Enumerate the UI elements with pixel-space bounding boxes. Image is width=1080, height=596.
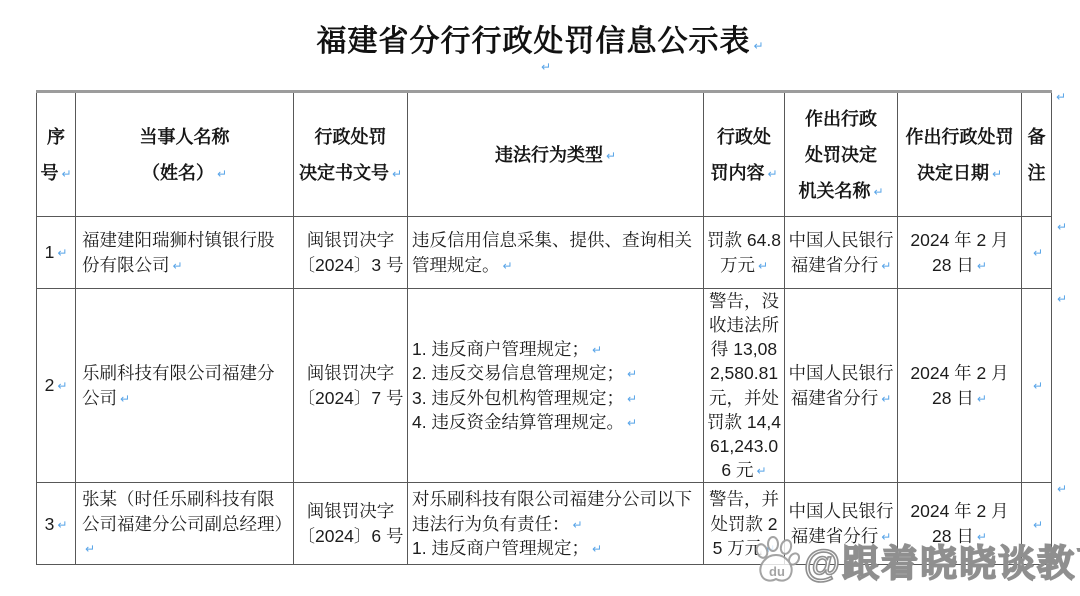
party-name: 张某（时任乐刷科技有限公司福建分公司副总经理）	[82, 489, 292, 533]
paragraph-mark-icon: ↵	[392, 162, 402, 186]
paragraph-mark-icon: ↵	[541, 60, 551, 74]
decision-doc-number: 闽银罚决字〔2024〕7 号	[297, 363, 403, 407]
paragraph-mark-icon: ↵	[977, 529, 987, 546]
cell-party-name: 张某（时任乐刷科技有限公司福建分公司副总经理）↵	[76, 483, 294, 565]
violation-line: 4. 违反资金结算管理规定。↵	[412, 410, 699, 434]
title-row: 福建省分行行政处罚信息公示表↵	[0, 16, 1080, 60]
violation-list: 违反信用信息采集、提供、查询相关管理规定。↵	[412, 228, 699, 276]
violation-line: 1. 违反商户管理规定；↵	[412, 536, 699, 560]
cell-serial-number: 3↵	[37, 483, 76, 565]
paragraph-mark-icon: ↵	[765, 541, 775, 558]
paragraph-mark-icon: ↵	[1056, 90, 1066, 104]
party-name: 乐刷科技有限公司福建分公司	[82, 363, 275, 407]
violation-list: 1. 违反商户管理规定；↵2. 违反交易信息管理规定；↵3. 违反外包机构管理规…	[412, 337, 699, 434]
violation-line: 1. 违反商户管理规定；↵	[412, 337, 699, 361]
cell-party-name: 乐刷科技有限公司福建分公司↵	[76, 289, 294, 483]
paragraph-mark-icon: ↵	[881, 258, 891, 275]
header-violation-type: 违法行为类型↵	[408, 92, 704, 217]
table-row: 1↵ 福建建阳瑞狮村镇银行股份有限公司↵ 闽银罚决字〔2024〕3 号 违反信用…	[37, 217, 1052, 289]
header-label: 行政处 罚内容	[710, 127, 771, 183]
cell-party-name: 福建建阳瑞狮村镇银行股份有限公司↵	[76, 217, 294, 289]
serial-number: 2	[45, 375, 55, 395]
penalty-content: 警告，没收违法所得 13,082,580.81 元，并处罚款 14,461,24…	[707, 291, 781, 480]
authority-name: 中国人民银行福建省分行	[789, 363, 894, 407]
paragraph-mark-icon: ↵	[606, 144, 616, 168]
paragraph-mark-icon: ↵	[758, 258, 768, 275]
header-label: 备 注	[1028, 127, 1046, 183]
violation-text: 违反信用信息采集、提供、查询相关管理规定。	[412, 230, 692, 274]
header-row: 序 号↵ 当事人名称 （姓名）↵ 行政处罚 决定书文号↵ 违法行为类型↵ 行政处…	[37, 92, 1052, 217]
paragraph-mark-icon: ↵	[85, 541, 95, 558]
serial-number: 3	[45, 514, 55, 534]
violation-line: 违反信用信息采集、提供、查询相关管理规定。↵	[412, 228, 699, 276]
violation-text: 2. 违反交易信息管理规定；	[412, 363, 624, 383]
paragraph-mark-icon: ↵	[1057, 482, 1067, 496]
paragraph-mark-icon: ↵	[881, 529, 891, 546]
cell-decision-doc-number: 闽银罚决字〔2024〕3 号	[294, 217, 408, 289]
document-page: 福建省分行行政处罚信息公示表↵ ↵ 序 号↵ 当事人名称 （姓名）↵ 行政处罚 …	[0, 0, 1080, 596]
cell-remarks: ↵	[1022, 483, 1052, 565]
paragraph-mark-icon: ↵	[881, 391, 891, 408]
paragraph-mark-icon: ↵	[57, 245, 67, 262]
penalty-content: 罚款 64.8 万元	[707, 230, 781, 274]
header-label: 作出行政 处罚决定 机关名称	[798, 109, 877, 201]
cell-penalty-content: 警告，并处罚款 25 万元↵	[704, 483, 785, 565]
violation-text: 3. 违反外包机构管理规定；	[412, 388, 624, 408]
cell-serial-number: 1↵	[37, 217, 76, 289]
cell-serial-number: 2↵	[37, 289, 76, 483]
cell-authority-name: 中国人民银行福建省分行↵	[785, 217, 898, 289]
paragraph-mark-icon: ↵	[1033, 245, 1043, 262]
cell-remarks: ↵	[1022, 289, 1052, 483]
paragraph-mark-icon: ↵	[173, 258, 183, 275]
cell-decision-doc-number: 闽银罚决字〔2024〕7 号	[294, 289, 408, 483]
paragraph-mark-icon: ↵	[592, 342, 602, 359]
violation-line: 3. 违反外包机构管理规定；↵	[412, 386, 699, 410]
paragraph-mark-icon: ↵	[57, 378, 67, 395]
paragraph-mark-icon: ↵	[627, 391, 637, 408]
header-party-name: 当事人名称 （姓名）↵	[76, 92, 294, 217]
header-decision-date: 作出行政处罚 决定日期↵	[898, 92, 1022, 217]
paragraph-mark-icon: ↵	[627, 415, 637, 432]
paragraph-mark-icon: ↵	[627, 366, 637, 383]
paragraph-mark-icon: ↵	[992, 162, 1002, 186]
cell-decision-date: 2024 年 2 月 28 日↵	[898, 217, 1022, 289]
header-label: 违法行为类型	[495, 145, 603, 165]
paragraph-mark-icon: ↵	[57, 517, 67, 534]
header-remarks: 备 注	[1022, 92, 1052, 217]
cell-penalty-content: 警告，没收违法所得 13,082,580.81 元，并处罚款 14,461,24…	[704, 289, 785, 483]
header-label: 行政处罚 决定书文号	[299, 127, 389, 183]
paragraph-mark-icon: ↵	[217, 162, 227, 186]
paragraph-mark-icon: ↵	[767, 162, 777, 186]
cell-decision-doc-number: 闽银罚决字〔2024〕6 号	[294, 483, 408, 565]
cell-violation-type: 对乐刷科技有限公司福建分公司以下违法行为负有责任：↵1. 违反商户管理规定；↵	[408, 483, 704, 565]
cell-decision-date: 2024 年 2 月 28 日↵	[898, 483, 1022, 565]
cell-violation-type: 违反信用信息采集、提供、查询相关管理规定。↵	[408, 217, 704, 289]
paragraph-mark-icon: ↵	[120, 391, 130, 408]
table-row: 2↵ 乐刷科技有限公司福建分公司↵ 闽银罚决字〔2024〕7 号 1. 违反商户…	[37, 289, 1052, 483]
violation-list: 对乐刷科技有限公司福建分公司以下违法行为负有责任：↵1. 违反商户管理规定；↵	[412, 487, 699, 559]
authority-name: 中国人民银行福建省分行	[789, 501, 894, 545]
paragraph-mark-icon: ↵	[753, 39, 763, 53]
paragraph-mark-icon: ↵	[757, 463, 767, 480]
violation-text: 1. 违反商户管理规定；	[412, 339, 589, 359]
paragraph-mark-icon: ↵	[1033, 378, 1043, 395]
decision-date: 2024 年 2 月 28 日	[910, 501, 1008, 545]
page-title: 福建省分行行政处罚信息公示表	[316, 25, 750, 58]
violation-line: 2. 违反交易信息管理规定；↵	[412, 361, 699, 385]
cell-decision-date: 2024 年 2 月 28 日↵	[898, 289, 1022, 483]
paragraph-mark-icon: ↵	[573, 517, 583, 534]
cell-authority-name: 中国人民银行福建省分行↵	[785, 483, 898, 565]
violation-text: 4. 违反资金结算管理规定。	[412, 412, 624, 432]
paragraph-mark-icon: ↵	[503, 258, 513, 275]
decision-date: 2024 年 2 月 28 日	[910, 230, 1008, 274]
header-serial-number: 序 号↵	[37, 92, 76, 217]
violation-text: 1. 违反商户管理规定；	[412, 538, 589, 558]
violation-text: 对乐刷科技有限公司福建分公司以下违法行为负有责任：	[412, 489, 692, 533]
paragraph-mark-icon: ↵	[1057, 220, 1067, 234]
penalty-table: 序 号↵ 当事人名称 （姓名）↵ 行政处罚 决定书文号↵ 违法行为类型↵ 行政处…	[36, 90, 1052, 565]
paragraph-mark-icon: ↵	[592, 541, 602, 558]
paw-du-label: du	[769, 564, 785, 579]
header-decision-doc-number: 行政处罚 决定书文号↵	[294, 92, 408, 217]
decision-doc-number: 闽银罚决字〔2024〕6 号	[297, 501, 403, 545]
paragraph-mark-icon: ↵	[873, 180, 883, 204]
cell-remarks: ↵	[1022, 217, 1052, 289]
paragraph-mark-icon: ↵	[1057, 292, 1067, 306]
decision-doc-number: 闽银罚决字〔2024〕3 号	[297, 230, 403, 274]
header-penalty-content: 行政处 罚内容↵	[704, 92, 785, 217]
cell-penalty-content: 罚款 64.8 万元↵	[704, 217, 785, 289]
violation-line: 对乐刷科技有限公司福建分公司以下违法行为负有责任：↵	[412, 487, 699, 535]
serial-number: 1	[45, 242, 55, 262]
decision-date: 2024 年 2 月 28 日	[910, 363, 1008, 407]
authority-name: 中国人民银行福建省分行	[789, 230, 894, 274]
paragraph-mark-icon: ↵	[61, 162, 71, 186]
cell-violation-type: 1. 违反商户管理规定；↵2. 违反交易信息管理规定；↵3. 违反外包机构管理规…	[408, 289, 704, 483]
header-authority-name: 作出行政 处罚决定 机关名称↵	[785, 92, 898, 217]
table-row: 3↵ 张某（时任乐刷科技有限公司福建分公司副总经理）↵ 闽银罚决字〔2024〕6…	[37, 483, 1052, 565]
paragraph-mark-icon: ↵	[977, 258, 987, 275]
paragraph-mark-icon: ↵	[1033, 517, 1043, 534]
cell-authority-name: 中国人民银行福建省分行↵	[785, 289, 898, 483]
paragraph-mark-icon: ↵	[977, 391, 987, 408]
